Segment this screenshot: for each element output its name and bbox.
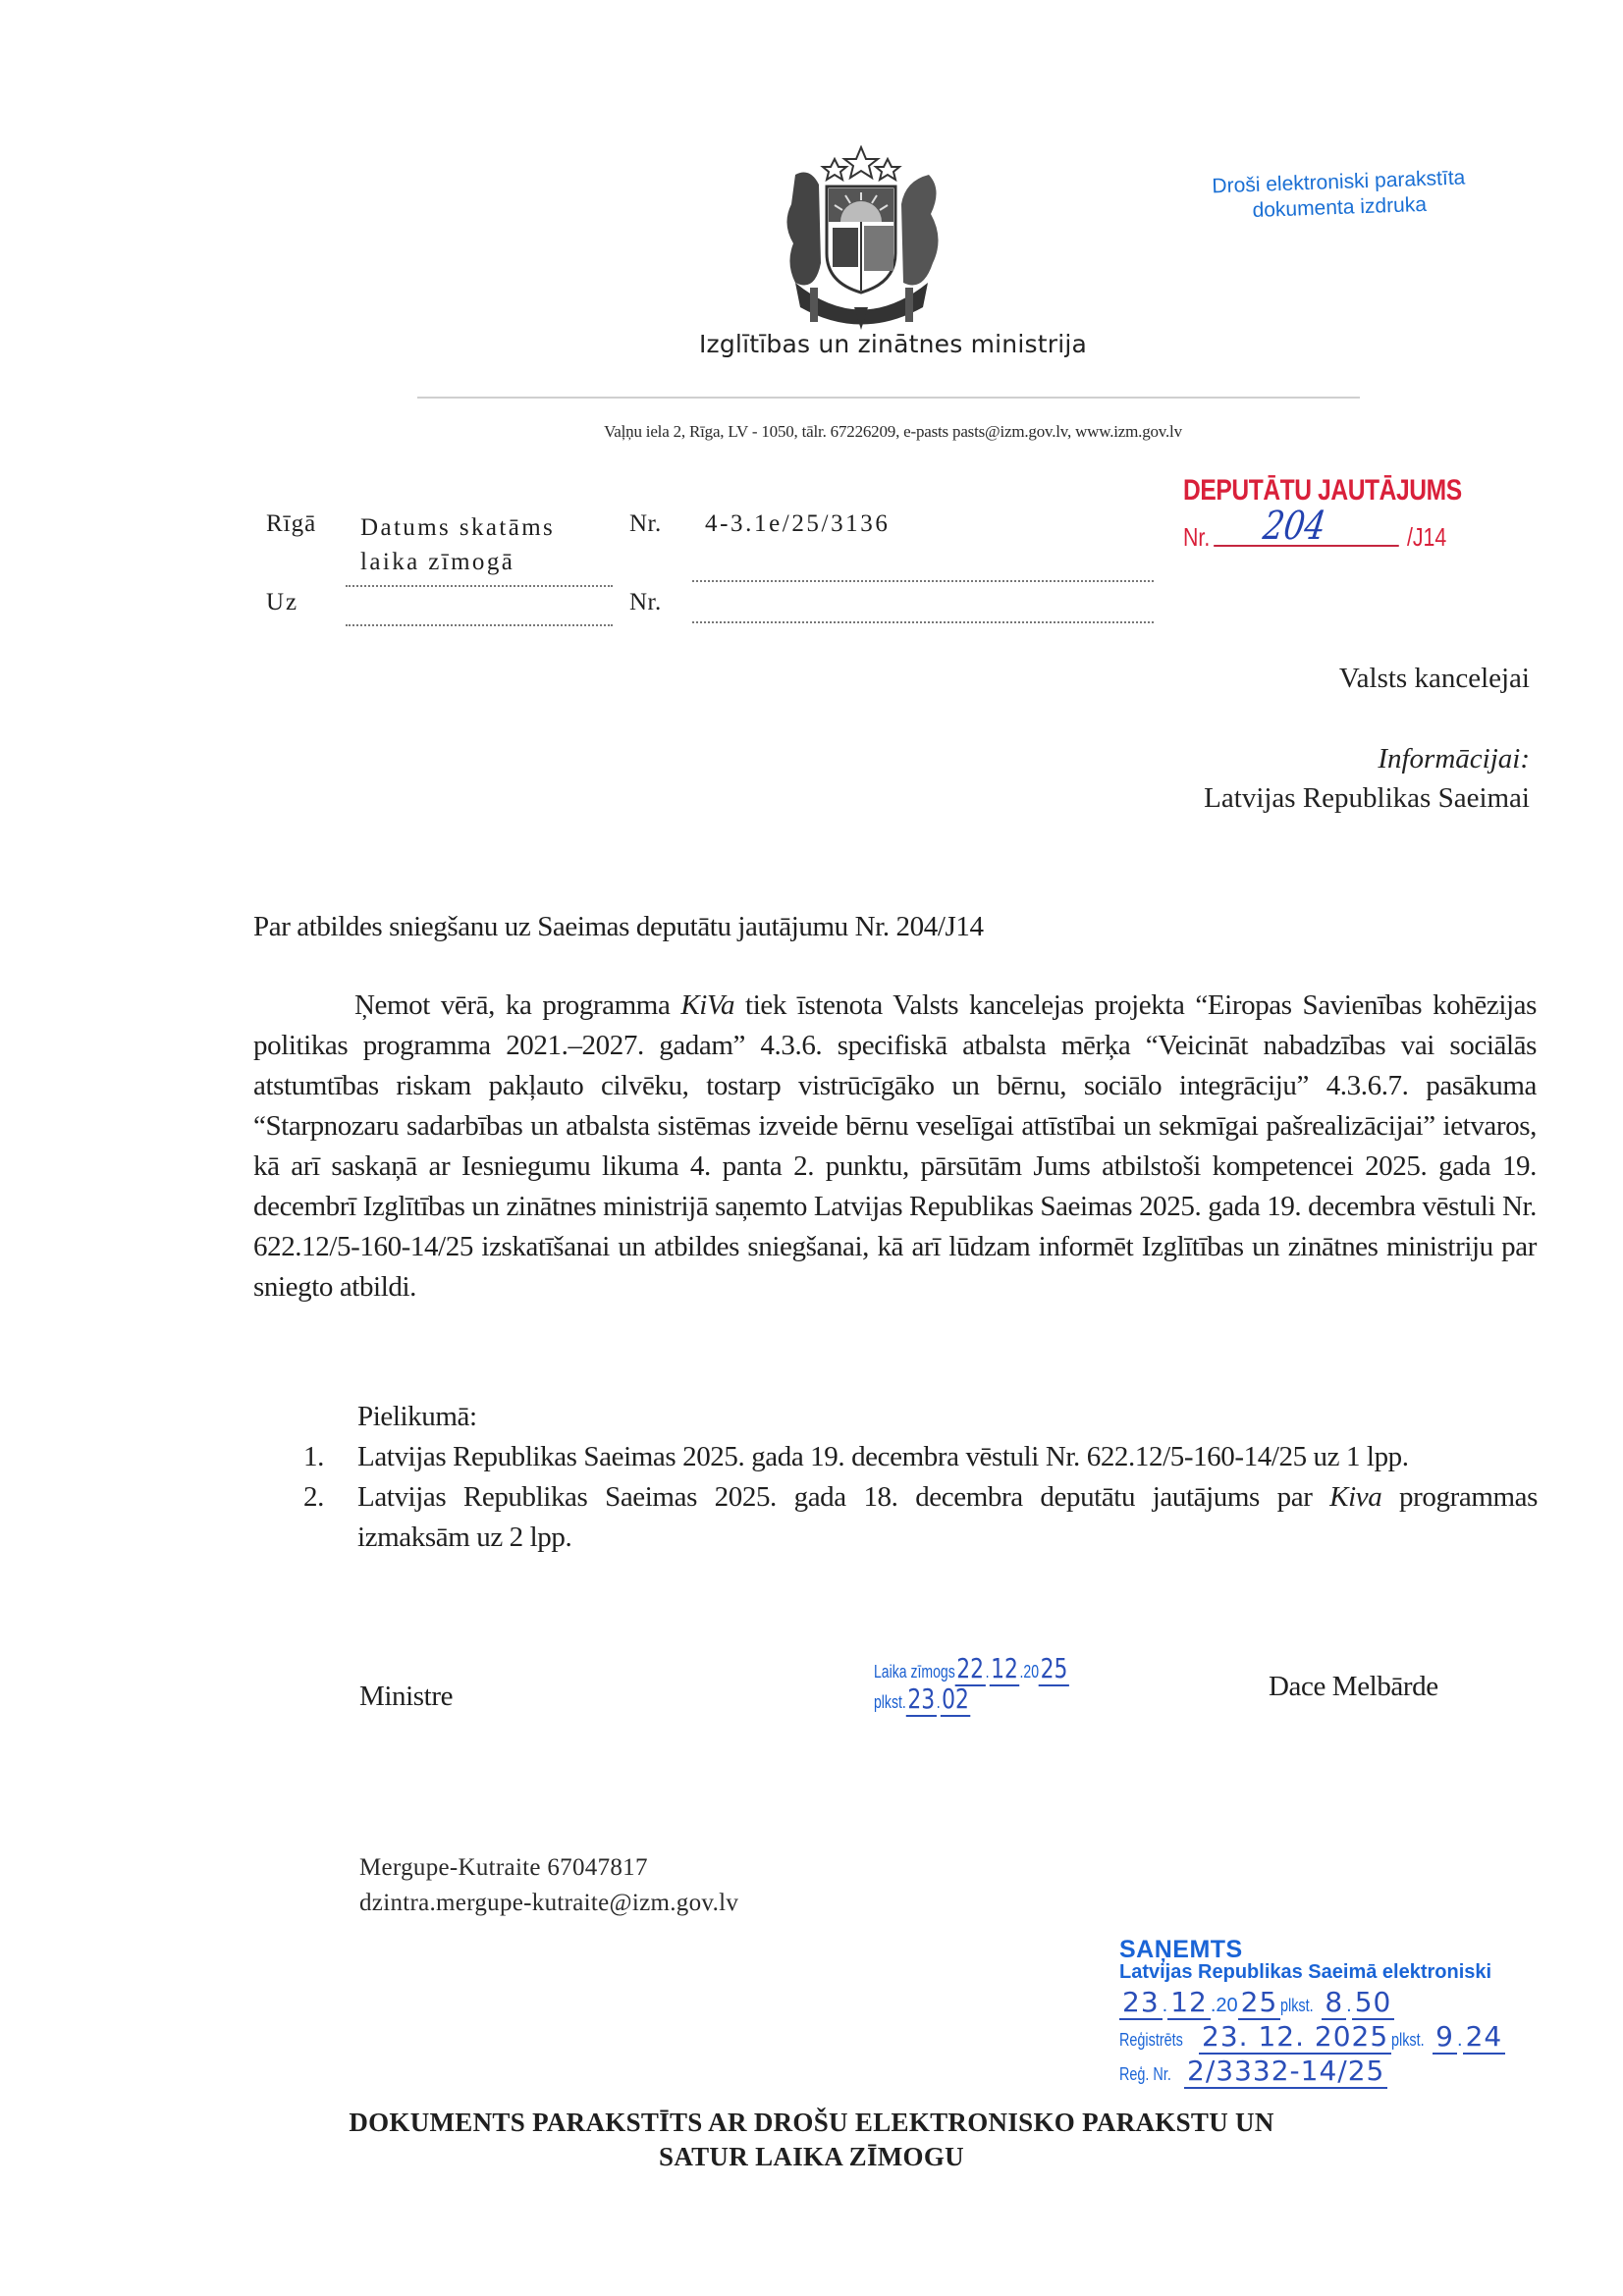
timestamp-date-row: Laika zīmogs22.12.2025 (874, 1652, 1069, 1684)
contact-block: Mergupe-Kutraite 67047817 dzintra.mergup… (359, 1850, 738, 1921)
deputy-stamp-handwritten-number: 204 (1261, 504, 1328, 549)
registered-date: 23. 12. 2025 (1199, 2020, 1391, 2055)
timestamp-day: 22 (955, 1652, 986, 1686)
attachment-text: Latvijas Republikas Saeimas 2025. gada 1… (357, 1437, 1538, 1477)
attachment-text-main: Latvijas Republikas Saeimas 2025. gada 1… (357, 1441, 1409, 1472)
ref-nr-value: 4-3.1e/25/3136 (705, 510, 890, 538)
timestamp-time-label: plkst. (874, 1692, 906, 1712)
attachment-number: 2. (303, 1477, 357, 1558)
ref-uz-dotted-line (346, 624, 613, 626)
reg-nr-line: Reģ. Nr.2/3332-14/25 (1119, 2055, 1542, 2087)
ref-nr-dotted-line (692, 580, 1154, 582)
received-day: 23 (1119, 1986, 1163, 2020)
deputy-stamp-nr-label: Nr. (1183, 522, 1210, 553)
received-stamp-title: SAŅEMTS (1119, 1936, 1542, 1964)
body-text-part2: tiek īstenota Valsts kancelejas projekta… (253, 989, 1537, 1303)
timestamp-stamp: Laika zīmogs22.12.2025 plkst.23.02 (874, 1652, 1124, 1715)
reg-nr-value: 2/3332-14/25 (1184, 2055, 1387, 2089)
received-date-line: 23.12.2025plkst.8.50 (1119, 1986, 1542, 2018)
timestamp-label: Laika zīmogs (874, 1662, 955, 1682)
timestamp-month: 12 (990, 1652, 1020, 1686)
letter-body: Ņemot vērā, ka programma KiVa tiek īsten… (253, 986, 1537, 1308)
ministry-name: Izglītības un zinātnes ministrija (0, 330, 1623, 358)
received-month: 12 (1167, 1986, 1211, 2020)
ref-nr-label: Nr. (629, 510, 662, 538)
ref-date-line2: laika zīmogā (360, 545, 555, 579)
header-divider (417, 397, 1360, 399)
registered-time-label: plkst. (1391, 2030, 1425, 2051)
signatory-role: Ministre (359, 1681, 453, 1713)
received-time-label: plkst. (1280, 1996, 1314, 2016)
ref-place: Rīgā (266, 510, 316, 538)
coat-of-arms-icon (776, 145, 947, 332)
timestamp-year-suffix: 25 (1039, 1652, 1069, 1686)
registered-line: Reģistrēts23. 12. 2025plkst.9.24 (1119, 2020, 1542, 2053)
addressee-main: Valsts kancelejai (1339, 663, 1530, 695)
body-text-part1: Ņemot vērā, ka programma (354, 989, 680, 1021)
ref-date-dotted-line (346, 585, 613, 587)
reg-nr-label: Reģ. Nr. (1119, 2064, 1171, 2085)
attachment-item: 1. Latvijas Republikas Saeimas 2025. gad… (303, 1437, 1538, 1477)
contact-email[interactable]: dzintra.mergupe-kutraite@izm.gov.lv (359, 1886, 738, 1921)
contact-name-phone: Mergupe-Kutraite 67047817 (359, 1850, 738, 1886)
ref-date-note: Datums skatāms laika zīmogā (360, 510, 555, 579)
body-program-name: KiVa (680, 989, 734, 1021)
received-year-prefix: 20 (1216, 1995, 1237, 2016)
received-stamp-subtitle: Latvijas Republikas Saeimā elektroniski (1119, 1961, 1542, 1984)
deputy-stamp-number-line: Nr. 204 /J14 (1183, 513, 1425, 557)
registered-hour: 9 (1433, 2020, 1457, 2055)
deputy-stamp-suffix: /J14 (1407, 522, 1446, 553)
received-stamp: SAŅEMTS Latvijas Republikas Saeimā elekt… (1119, 1936, 1542, 2087)
received-hour: 8 (1322, 1986, 1346, 2020)
footer-line1: DOKUMENTS PARAKSTĪTS AR DROŠU ELEKTRONIS… (0, 2106, 1623, 2140)
ref-uz-nr-label: Nr. (629, 589, 662, 616)
attachment-program-name: Kiva (1329, 1481, 1381, 1513)
received-minute: 50 (1352, 1986, 1395, 2020)
timestamp-time-row: plkst.23.02 (874, 1682, 1069, 1715)
attachment-item: 2. Latvijas Republikas Saeimas 2025. gad… (303, 1477, 1538, 1558)
deputy-stamp-title: DEPUTĀTU JAUTĀJUMS (1183, 474, 1425, 507)
footer-line2: SATUR LAIKA ZĪMOGU (0, 2140, 1623, 2174)
ref-uz-nr-dotted-line (692, 621, 1154, 623)
addressee-info-value: Latvijas Republikas Saeimai (1204, 782, 1530, 815)
letter-subject: Par atbildes sniegšanu uz Saeimas deputā… (253, 911, 984, 943)
ministry-address: Vaļņu iela 2, Rīga, LV - 1050, tālr. 672… (0, 422, 1623, 442)
esign-notice: Droši elektroniski parakstīta dokumenta … (1196, 165, 1483, 226)
attachments-title: Pielikumā: (357, 1401, 477, 1433)
addressee-info-label: Informācijai: (1378, 743, 1530, 775)
timestamp-hour: 23 (906, 1682, 937, 1717)
attachment-text-main: Latvijas Republikas Saeimas 2025. gada 1… (357, 1481, 1329, 1513)
ref-date-line1: Datums skatāms (360, 510, 555, 545)
timestamp-minute: 02 (941, 1682, 971, 1717)
registered-minute: 24 (1463, 2020, 1506, 2055)
attachment-number: 1. (303, 1437, 357, 1477)
attachments-list: 1. Latvijas Republikas Saeimas 2025. gad… (303, 1437, 1538, 1558)
received-year-suffix: 25 (1238, 1986, 1281, 2020)
timestamp-year-prefix: 20 (1023, 1662, 1039, 1682)
esign-footer: DOKUMENTS PARAKSTĪTS AR DROŠU ELEKTRONIS… (0, 2106, 1623, 2174)
ref-uz-label: Uz (266, 589, 298, 616)
deputy-question-stamp: DEPUTĀTU JAUTĀJUMS Nr. 204 /J14 (1183, 474, 1478, 557)
attachment-text: Latvijas Republikas Saeimas 2025. gada 1… (357, 1477, 1538, 1558)
signatory-name: Dace Melbārde (1269, 1671, 1438, 1703)
registered-label: Reģistrēts (1119, 2030, 1183, 2051)
